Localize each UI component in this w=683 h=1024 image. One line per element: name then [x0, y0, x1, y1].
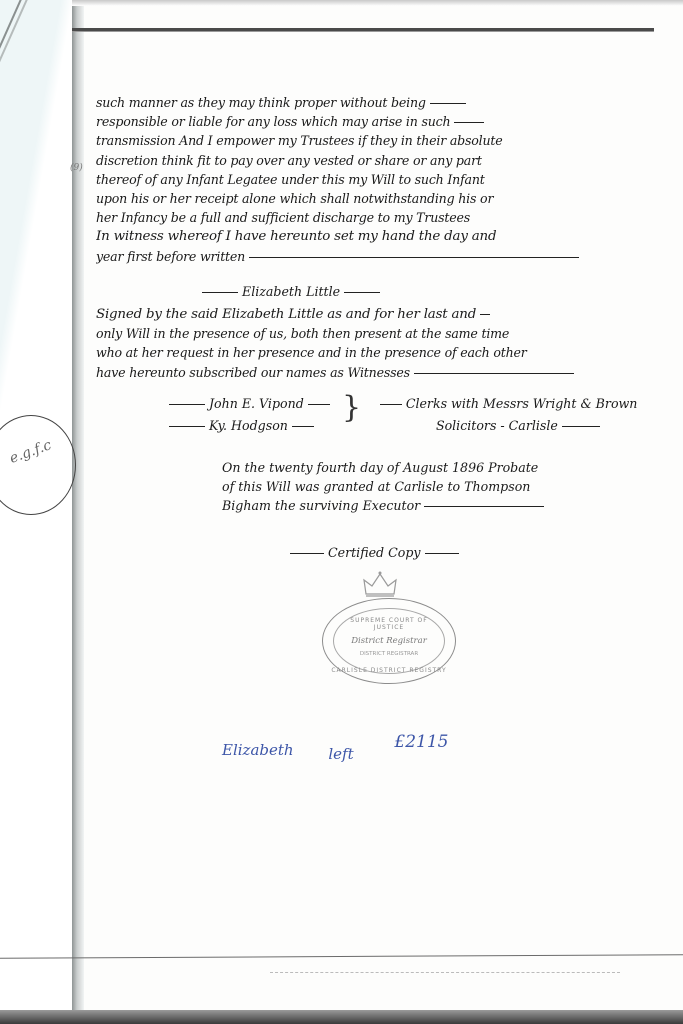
seal-inner-ring: SUPREME COURT OF JUSTICE District Regist… — [333, 608, 445, 674]
witness-name: Ky. Hodgson — [209, 418, 288, 433]
body-line: upon his or her receipt alone which shal… — [96, 189, 641, 208]
witness-name: John E. Vipond — [209, 396, 304, 411]
margin-note: (9) — [70, 163, 83, 173]
body-line: In witness whereof I have hereunto set m… — [96, 227, 641, 246]
probate-line-text: Bigham the surviving Executor — [222, 498, 420, 513]
body-line-text: such manner as they may think proper wit… — [96, 95, 426, 110]
bottom-scan-shadow — [0, 1010, 683, 1024]
body-line: thereof of any Infant Legatee under this… — [96, 170, 641, 189]
body-line-text: upon his or her receipt alone which shal… — [96, 191, 493, 206]
certified-copy-label: Certified Copy — [286, 545, 463, 560]
body-line: such manner as they may think proper wit… — [96, 93, 641, 112]
body-line: responsible or liable for any loss which… — [96, 112, 641, 131]
top-border-rule — [72, 28, 654, 32]
certified-copy-text: Certified Copy — [328, 545, 421, 560]
witness-brace: } — [342, 393, 361, 423]
line-filler — [249, 257, 579, 258]
witness-dash — [380, 404, 402, 405]
pencil-annotation: Elizabeth left £2115 — [222, 740, 448, 760]
will-body-text: such manner as they may think proper wit… — [96, 93, 641, 266]
witness-row-1: John E. Vipond Clerks with Messrs Wright… — [165, 396, 645, 411]
body-line: transmission And I empower my Trustees i… — [96, 131, 641, 150]
side-stamp-text: e.g.f.c — [8, 437, 54, 467]
witness-dash — [169, 404, 205, 405]
seal-sub-text: DISTRICT REGISTRAR — [334, 651, 444, 657]
attestation-line: Signed by the said Elizabeth Little as a… — [96, 305, 641, 324]
probate-line: On the twenty fourth day of August 1896 … — [222, 458, 642, 477]
probate-line-text: of this Will was granted at Carlisle to … — [222, 479, 530, 494]
attestation-line-text: have hereunto subscribed our names as Wi… — [96, 365, 410, 380]
probate-note: On the twenty fourth day of August 1896 … — [222, 458, 642, 515]
witness-description: Solicitors - Carlisle — [436, 418, 558, 433]
probate-line: of this Will was granted at Carlisle to … — [222, 477, 642, 496]
attestation-line-text: Signed by the said Elizabeth Little as a… — [96, 307, 476, 322]
attestation-line-text: only Will in the presence of us, both th… — [96, 326, 509, 341]
body-line-text: year first before written — [96, 249, 245, 264]
signature-dash — [202, 292, 238, 293]
certified-dash — [290, 553, 324, 554]
witness-dash — [308, 404, 330, 405]
body-line: her Infancy be a full and sufficient dis… — [96, 208, 641, 227]
probate-line: Bigham the surviving Executor — [222, 496, 642, 515]
court-seal-stamp: SUPREME COURT OF JUSTICE District Regist… — [322, 598, 456, 684]
top-scan-shadow — [72, 0, 683, 6]
seal-signature: District Registrar — [334, 636, 444, 646]
witness-dash — [169, 426, 205, 427]
attestation-line: have hereunto subscribed our names as Wi… — [96, 363, 641, 382]
line-filler — [414, 373, 574, 374]
annotation-word: left — [328, 745, 353, 763]
body-line-text: In witness whereof I have hereunto set m… — [96, 229, 496, 244]
line-filler — [480, 314, 490, 315]
witness-row-2: Ky. Hodgson Solicitors - Carlisle — [165, 418, 645, 433]
body-line: year first before written — [96, 247, 641, 266]
body-line-text: thereof of any Infant Legatee under this… — [96, 172, 485, 187]
body-line-text: responsible or liable for any loss which… — [96, 114, 450, 129]
line-filler — [454, 122, 484, 123]
line-filler — [424, 506, 544, 507]
body-line-text: her Infancy be a full and sufficient dis… — [96, 210, 470, 225]
signature-text: Elizabeth Little — [242, 284, 340, 299]
seal-top-text: SUPREME COURT OF JUSTICE — [334, 617, 444, 631]
annotation-word: Elizabeth — [222, 741, 294, 759]
line-filler — [430, 103, 466, 104]
seal-rim-text: CARLISLE DISTRICT REGISTRY — [323, 667, 455, 674]
witness-description: Clerks with Messrs Wright & Brown — [406, 396, 638, 411]
faint-show-through-lines — [270, 972, 620, 974]
annotation-amount: £2115 — [394, 732, 448, 752]
body-line-text: transmission And I empower my Trustees i… — [96, 133, 503, 148]
body-line: discretion think fit to pay over any ves… — [96, 151, 641, 170]
signature-dash — [344, 292, 380, 293]
crown-icon — [360, 570, 400, 598]
testator-signature: Elizabeth Little — [198, 284, 384, 299]
attestation-line: only Will in the presence of us, both th… — [96, 324, 641, 343]
page-binding-edge — [72, 0, 84, 1024]
witness-dash — [292, 426, 314, 427]
certified-dash — [425, 553, 459, 554]
attestation-clause: Signed by the said Elizabeth Little as a… — [96, 305, 641, 382]
probate-line-text: On the twenty fourth day of August 1896 … — [222, 460, 538, 475]
attestation-line: who at her request in her presence and i… — [96, 343, 641, 362]
witness-dash — [562, 426, 600, 427]
body-line-text: discretion think fit to pay over any ves… — [96, 153, 482, 168]
attestation-line-text: who at her request in her presence and i… — [96, 345, 527, 360]
